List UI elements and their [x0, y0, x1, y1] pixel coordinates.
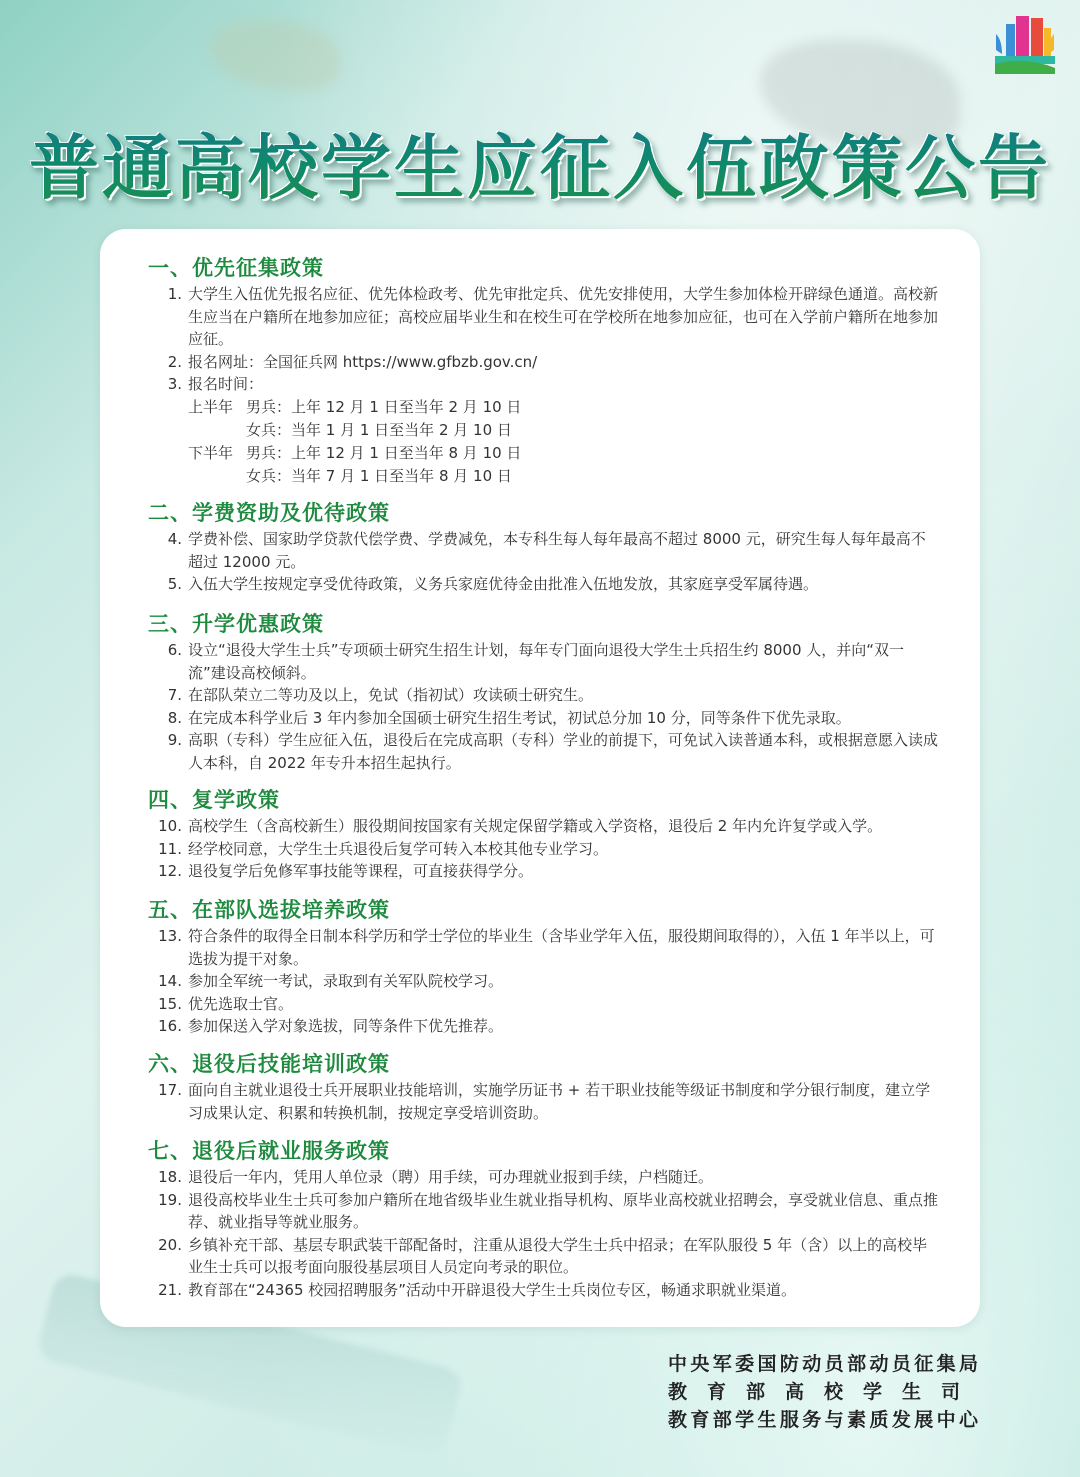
policy-card: 一、优先征集政策 1.大学生入伍优先报名应征、优先体检政考、优先审批定兵、优先安… [100, 229, 980, 1327]
list-item: 10.高校学生（含高校新生）服役期间按国家有关规定保留学籍或入学资格，退役后 2… [148, 815, 940, 838]
list-item: 3.报名时间： [148, 373, 940, 396]
city-buildings-logo-icon [992, 14, 1058, 76]
registration-schedule: 上半年男兵：上年 12 月 1 日至当年 2 月 10 日 女兵：当年 1 月 … [148, 396, 940, 488]
issuer-name: 教育部高校学生司 [668, 1378, 978, 1406]
list-item: 1.大学生入伍优先报名应征、优先体检政考、优先审批定兵、优先安排使用，大学生参加… [148, 283, 940, 351]
list-item: 7.在部队荣立二等功及以上，免试（指初试）攻读硕士研究生。 [148, 684, 940, 707]
list-item: 9.高职（专科）学生应征入伍，退役后在完成高职（专科）学业的前提下，可免试入读普… [148, 729, 940, 774]
list-item: 17.面向自主就业退役士兵开展职业技能培训，实施学历证书 + 若干职业技能等级证… [148, 1079, 940, 1124]
list-item: 5.入伍大学生按规定享受优待政策，义务兵家庭优待金由批准入伍地发放，其家庭享受军… [148, 573, 940, 596]
section-tuition-aid: 二、学费资助及优待政策 4.学费补偿、国家助学贷款代偿学费、学费减免，本专科生每… [148, 498, 940, 596]
section-resume-study: 四、复学政策 10.高校学生（含高校新生）服役期间按国家有关规定保留学籍或入学资… [148, 785, 940, 883]
list-item: 15.优先选取士官。 [148, 993, 940, 1016]
list-item: 2.报名网址：全国征兵网 https://www.gfbzb.gov.cn/ [148, 351, 940, 374]
schedule-row: 女兵：当年 7 月 1 日至当年 8 月 10 日 [148, 465, 940, 488]
section-heading: 六、退役后技能培训政策 [148, 1049, 940, 1079]
section-heading: 一、优先征集政策 [148, 253, 940, 283]
fighter-jet-background-image [210, 20, 340, 90]
list-item: 11.经学校同意，大学生士兵退役后复学可转入本校其他专业学习。 [148, 838, 940, 861]
section-skills-training: 六、退役后技能培训政策 17.面向自主就业退役士兵开展职业技能培训，实施学历证书… [148, 1049, 940, 1124]
issuer-name: 教育部学生服务与素质发展中心 [668, 1406, 978, 1434]
list-item: 8.在完成本科学业后 3 年内参加全国硕士研究生招生考试，初试总分加 10 分，… [148, 707, 940, 730]
schedule-row: 下半年男兵：上年 12 月 1 日至当年 8 月 10 日 [148, 442, 940, 465]
section-heading: 二、学费资助及优待政策 [148, 498, 940, 528]
schedule-row: 女兵：当年 1 月 1 日至当年 2 月 10 日 [148, 419, 940, 442]
issuer-name: 中央军委国防动员部动员征集局 [668, 1350, 978, 1378]
list-item: 4.学费补偿、国家助学贷款代偿学费、学费减免，本专科生每人每年最高不超过 800… [148, 528, 940, 573]
section-employment-services: 七、退役后就业服务政策 18.退役后一年内，凭用人单位录（聘）用手续，可办理就业… [148, 1136, 940, 1301]
issuer-signature: 中央军委国防动员部动员征集局 教育部高校学生司 教育部学生服务与素质发展中心 [668, 1350, 978, 1434]
list-item: 14.参加全军统一考试，录取到有关军队院校学习。 [148, 970, 940, 993]
schedule-row: 上半年男兵：上年 12 月 1 日至当年 2 月 10 日 [148, 396, 940, 419]
page-title: 普通高校学生应征入伍政策公告 [0, 112, 1080, 213]
section-heading: 七、退役后就业服务政策 [148, 1136, 940, 1166]
list-item: 20.乡镇补充干部、基层专职武装干部配备时，注重从退役大学生士兵中招录；在军队服… [148, 1234, 940, 1279]
list-item: 21.教育部在“24365 校园招聘服务”活动中开辟退役大学生士兵岗位专区，畅通… [148, 1279, 940, 1302]
list-item: 6.设立“退役大学生士兵”专项硕士研究生招生计划，每年专门面向退役大学生士兵招生… [148, 639, 940, 684]
section-in-army-selection: 五、在部队选拔培养政策 13.符合条件的取得全日制本科学历和学士学位的毕业生（含… [148, 895, 940, 1038]
section-further-study: 三、升学优惠政策 6.设立“退役大学生士兵”专项硕士研究生招生计划，每年专门面向… [148, 609, 940, 774]
list-item: 13.符合条件的取得全日制本科学历和学士学位的毕业生（含毕业学年入伍，服役期间取… [148, 925, 940, 970]
list-item: 19.退役高校毕业生士兵可参加户籍所在地省级毕业生就业指导机构、原毕业高校就业招… [148, 1189, 940, 1234]
section-priority-enlistment: 一、优先征集政策 1.大学生入伍优先报名应征、优先体检政考、优先审批定兵、优先安… [148, 253, 940, 488]
list-item: 16.参加保送入学对象选拔，同等条件下优先推荐。 [148, 1015, 940, 1038]
section-heading: 五、在部队选拔培养政策 [148, 895, 940, 925]
list-item: 12.退役复学后免修军事技能等课程，可直接获得学分。 [148, 860, 940, 883]
section-heading: 四、复学政策 [148, 785, 940, 815]
list-item: 18.退役后一年内，凭用人单位录（聘）用手续，可办理就业报到手续，户档随迁。 [148, 1166, 940, 1189]
section-heading: 三、升学优惠政策 [148, 609, 940, 639]
